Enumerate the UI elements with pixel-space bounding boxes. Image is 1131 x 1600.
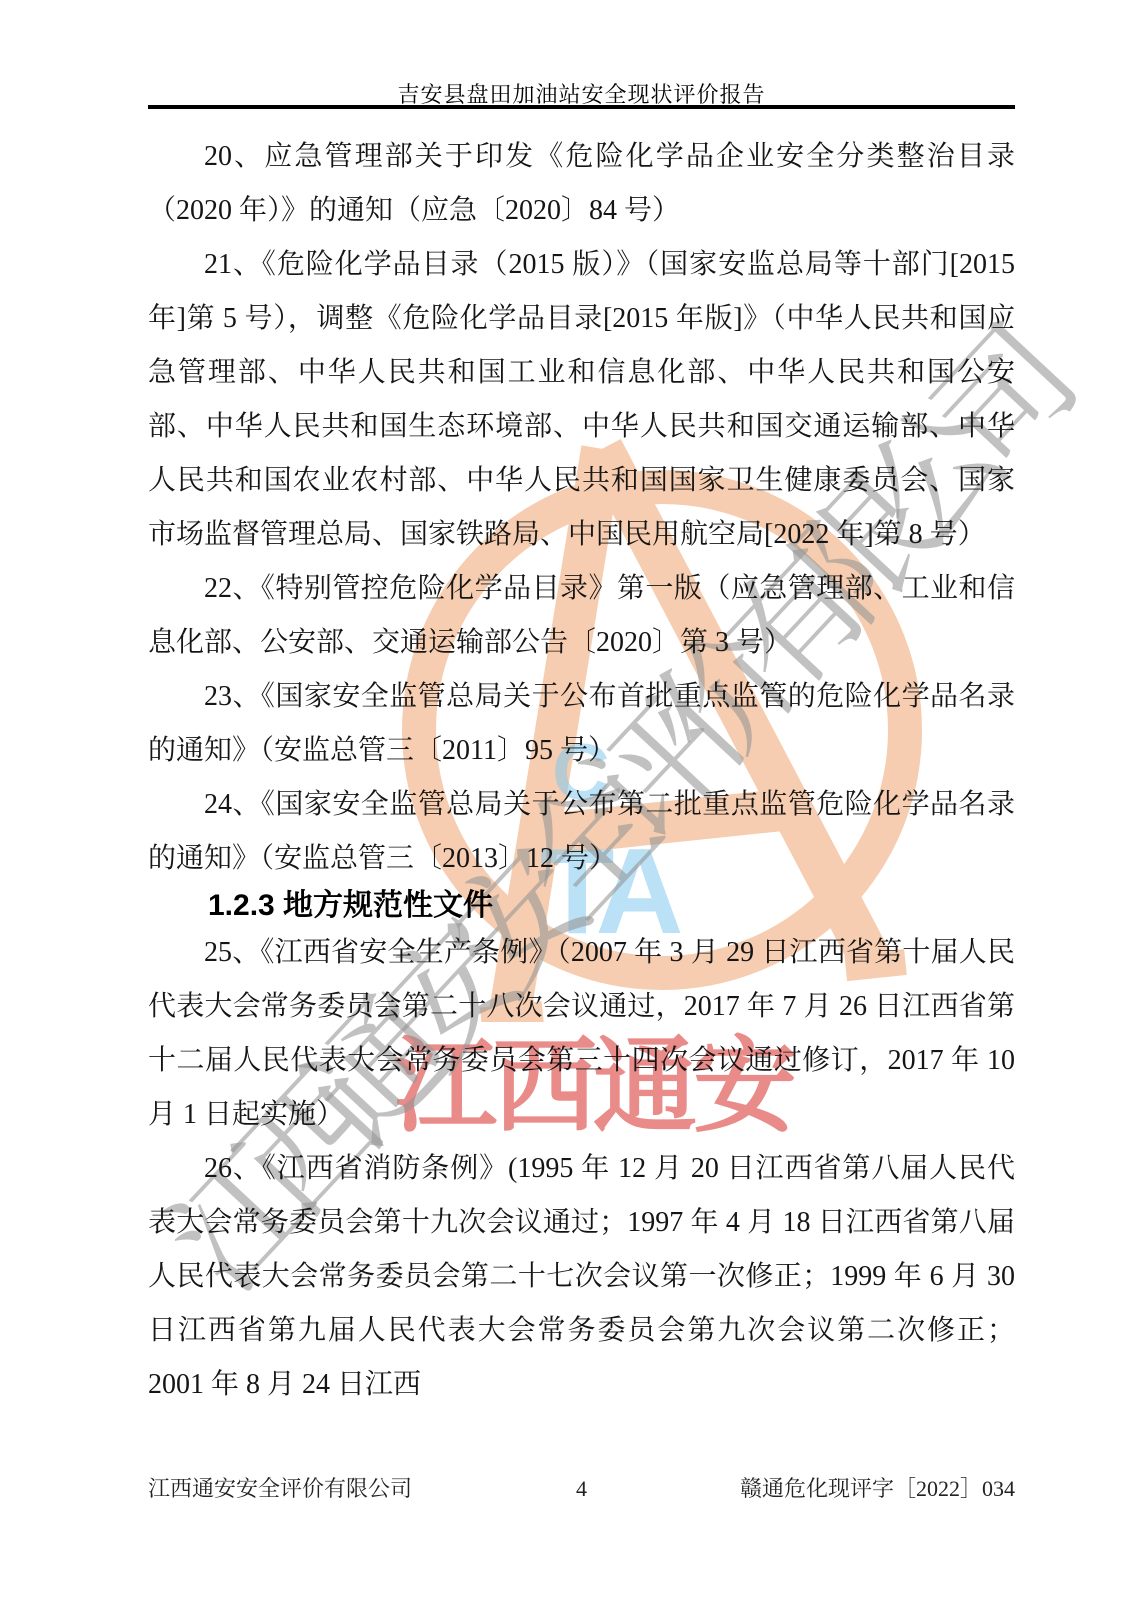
body-paragraph: 20、应急管理部关于印发《危险化学品企业安全分类整治目录（2020 年）》的通知… bbox=[148, 130, 1015, 238]
report-page: C TA 江西通安 江西通安安全评价有限公司 吉安县盘田加油站安全现状评价报告 … bbox=[0, 0, 1131, 1600]
footer-doc-number: 赣通危化现评字［2022］034 bbox=[587, 1472, 1015, 1503]
footer-company: 江西通安安全评价有限公司 bbox=[148, 1472, 576, 1503]
body-paragraph: 26、《江西省消防条例》(1995 年 12 月 20 日江西省第八届人民代表大… bbox=[148, 1142, 1015, 1412]
body-paragraph: 22、《特别管控危险化学品目录》第一版（应急管理部、工业和信息化部、公安部、交通… bbox=[148, 562, 1015, 670]
document-content: 吉安县盘田加油站安全现状评价报告 20、应急管理部关于印发《危险化学品企业安全分… bbox=[0, 0, 1131, 1600]
body-paragraph: 21、《危险化学品目录（2015 版）》（国家安监总局等十部门[2015 年]第… bbox=[148, 238, 1015, 562]
header-rule bbox=[148, 105, 1015, 109]
body-paragraph: 23、《国家安全监管总局关于公布首批重点监管的危险化学品名录的通知》（安监总管三… bbox=[148, 670, 1015, 778]
page-footer: 江西通安安全评价有限公司 4 赣通危化现评字［2022］034 bbox=[148, 1472, 1015, 1503]
footer-page-number: 4 bbox=[576, 1476, 587, 1502]
section-heading: 1.2.3 地方规范性文件 bbox=[148, 886, 1015, 926]
body-paragraph: 24、《国家安全监管总局关于公布第二批重点监管危险化学品名录的通知》（安监总管三… bbox=[148, 778, 1015, 886]
body-paragraph: 25、《江西省安全生产条例》（2007 年 3 月 29 日江西省第十届人民代表… bbox=[148, 926, 1015, 1142]
body-text: 20、应急管理部关于印发《危险化学品企业安全分类整治目录（2020 年）》的通知… bbox=[148, 130, 1015, 1412]
